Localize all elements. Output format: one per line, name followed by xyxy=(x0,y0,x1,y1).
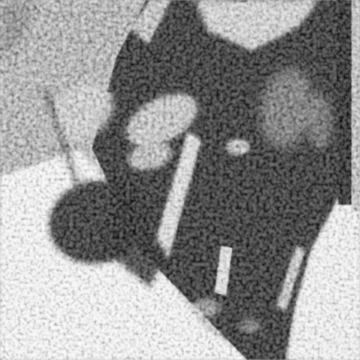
grainy-photo xyxy=(0,0,360,360)
photo-canvas xyxy=(0,0,360,360)
film-grain-specks xyxy=(0,0,360,360)
